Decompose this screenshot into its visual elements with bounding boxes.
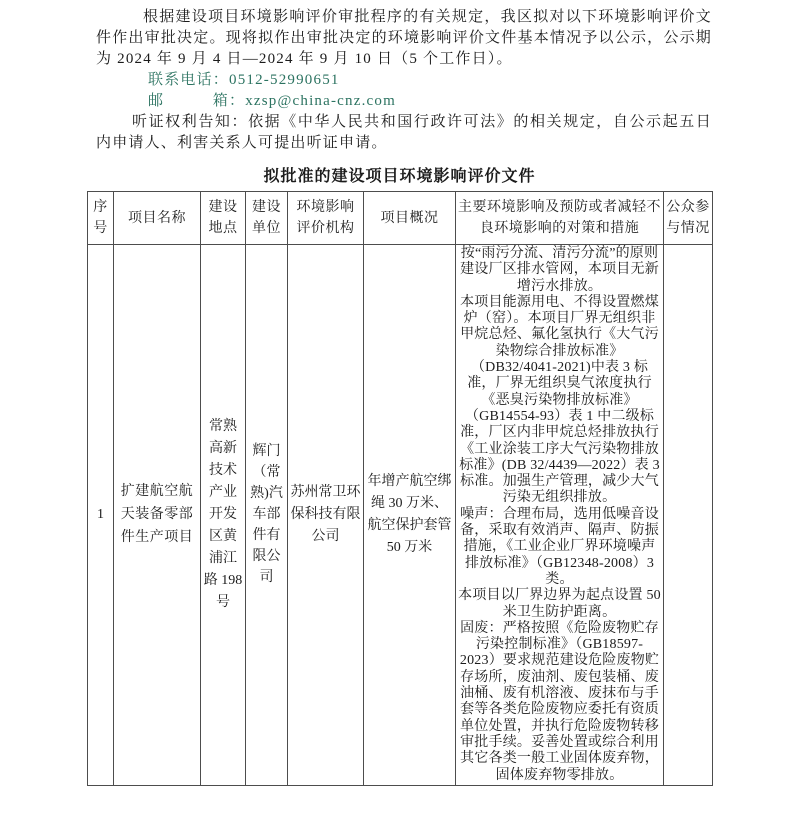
intro-block: 根据建设项目环境影响评价审批程序的有关规定，我区拟对以下环境影响评价文件作出审批… bbox=[96, 7, 712, 154]
table-title: 拟批准的建设项目环境影响评价文件 bbox=[87, 163, 712, 186]
col-header-public-participation: 公众参与情况 bbox=[664, 192, 713, 245]
cell-eia-agency: 苏州常卫环保科技有限公司 bbox=[288, 245, 364, 786]
col-header-builder: 建设单位 bbox=[246, 192, 288, 245]
contact-email: 邮 箱：xzsp@china-cnz.com bbox=[96, 91, 712, 112]
cell-overview: 年增产航空绑绳 30 万米、航空保护套管 50 万米 bbox=[364, 245, 456, 786]
table-row: 1 扩建航空航天装备零部件生产项目 常熟高新技术产业开发区黄浦江路 198 号 … bbox=[88, 245, 713, 786]
cell-seq: 1 bbox=[88, 245, 114, 786]
col-header-location: 建设地点 bbox=[201, 192, 246, 245]
cell-location: 常熟高新技术产业开发区黄浦江路 198 号 bbox=[201, 245, 246, 786]
cell-builder: 辉门（常熟)汽车部件有限公司 bbox=[246, 245, 288, 786]
cell-public-participation bbox=[664, 245, 713, 786]
cell-project-name: 扩建航空航天装备零部件生产项目 bbox=[114, 245, 201, 786]
col-header-overview: 项目概况 bbox=[364, 192, 456, 245]
cell-measures: 按“雨污分流、清污分流”的原则建设厂区排水管网，本项目无新增污水排放。 本项目能… bbox=[456, 245, 664, 786]
col-header-eia-agency: 环境影响评价机构 bbox=[288, 192, 364, 245]
col-header-seq: 序号 bbox=[88, 192, 114, 245]
table-header-row: 序号 项目名称 建设地点 建设单位 环境影响评价机构 项目概况 主要环境影响及预… bbox=[88, 192, 713, 245]
hearing-rights-paragraph: 听证权利告知：依据《中华人民共和国行政许可法》的相关规定，自公示起五日内申请人、… bbox=[96, 112, 712, 154]
contact-phone: 联系电话：0512-52990651 bbox=[96, 70, 712, 91]
intro-paragraph: 根据建设项目环境影响评价审批程序的有关规定，我区拟对以下环境影响评价文件作出审批… bbox=[96, 7, 712, 70]
col-header-measures: 主要环境影响及预防或者减轻不良环境影响的对策和措施 bbox=[456, 192, 664, 245]
col-header-project-name: 项目名称 bbox=[114, 192, 201, 245]
notice-document: 根据建设项目环境影响评价审批程序的有关规定，我区拟对以下环境影响评价文件作出审批… bbox=[0, 7, 800, 816]
approval-table: 序号 项目名称 建设地点 建设单位 环境影响评价机构 项目概况 主要环境影响及预… bbox=[87, 191, 713, 786]
